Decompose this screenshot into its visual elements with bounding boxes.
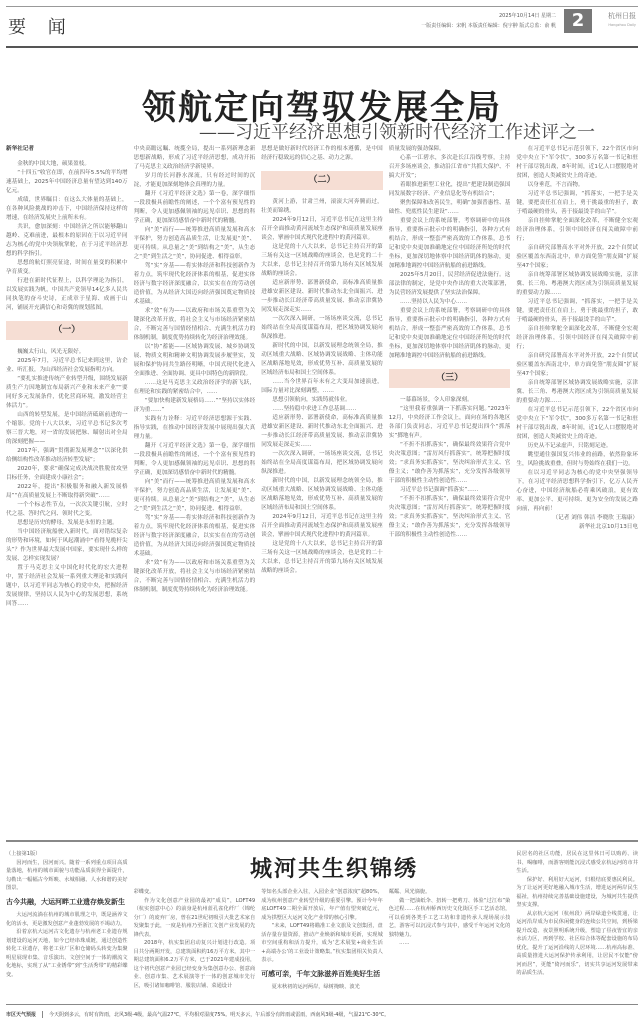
paragraph: “不折不扣抓落实”，确保最终效果符合党中央决策意图；“雷厉风行抓落实”，统筹把握… [389,441,511,486]
second-col-2: 彩蝶变。 作为文化创意产业园的最初“成员”，LOFT49（杭实创意中心）的前身是… [134,850,256,992]
weather-label: 市区天气预报 [6,1011,43,1018]
story-divider [6,840,638,842]
paragraph: 思想的航灯照亮征途，时间在量变的积累中孕育质变。 [6,259,128,277]
paragraph: “未来，LOFT49将瞄准工业文旅及文创集团，盘活存量存量资源，推动产业焕新和城… [261,922,383,965]
paragraph: “要加快构建新发展格局……”“坚持以实体经济为重……” [134,397,256,415]
lead-col-4: 质量发展的强劲保障。 心系一江碧水，多次赴长江沿线考察，主持召开多场座谈会，推动… [389,145,511,745]
reporter-credits: （记者 刘伟 韩洁 李晓欣 王瑞康） [516,514,638,523]
paragraph: ……坚持稳中求进工作总基调…… [261,405,383,414]
lead-col-1: 新华社记者 金秋的中国大地，硕果盈枝。 “十四五”收官在即，在前四年5.5%的平… [6,145,128,745]
paragraph: 习近平总书记强调，“抓落实，一把手是关键，要把责任扛在肩上，勇于挑最重的担子，敢… [516,298,638,325]
paragraph: 向“美”而行——统筹推进高质量发展和高水平保护，努力创造高品质生活，让发展更“美… [134,478,256,514]
paragraph: …… [389,939,511,948]
second-col-5: 民居名的社区功能，居民在这里休日可以购药、读书、喝咖啡，而游客则能沉浸式感受京杭… [516,850,638,992]
paragraph: 共识，愈加深刻：中国经济之所以能够翻山越岭、克难前进，最根本的原因在于以习近平同… [6,223,128,259]
paragraph: 这是党的十八大以来，总书记主持召开的第三场有关这一区域战略的座谈会，也是党的二十… [261,540,383,576]
lead-subheadline: ——习近平经济思想引领新时代经济工作述评之一 [0,118,644,144]
paragraph: 置于马克思主义中国化时代化的宏大进程中，置于经济社会发展一系列重大理论和实践问题… [6,564,128,609]
paragraph: 2017年，强调“贯彻新发展理念”“以深化供给侧结构性改革推动经济转型发展”； [6,447,128,465]
paragraph: 适应新形势、部署新使命，高标准高质量推进雄安新区建设、新时代推动东北全面振兴、进… [261,414,383,450]
paragraph: 思想是做好新时代经济工作的根本遵循，是中国经济行稳致远的信心之基、动力之源。 [261,145,383,163]
paragraph: 在以习近平同志为核心的党中央坚强领导下，在习近平经济思想科学指引下，亿万人民齐心… [516,469,638,514]
paragraph: 一个个标志性节点，一次次关键引航，立时代之基、答时代之问、领时代之变。 [6,501,128,519]
paragraph: 亲自统筹部署区域协调发展战略实施，京津冀、长三角、粤港澳大湾区成为引领高质量发展… [516,379,638,406]
dateline: 新华社北京10月13日电 [516,523,638,532]
section-name: 要 闻 [8,13,74,39]
paragraph: 求“效”有为——以政府和市场关系重塑为关键深化改革开放，将社会主义与市场经济紧密… [134,559,256,595]
section-marker-two: （二） [261,171,383,190]
paragraph: 聚焦保障和改善民生，明确“加强普惠性、基础性、兜底性民生建设”…… [389,199,511,217]
paragraph: 一次次深入调研，一场场座谈交流，总书记始终站在全局高度谋篇布局，把区域协调发展向… [261,450,383,477]
paragraph: 翻开《习近平经济文选》第一卷，深学细悟一段段极具前瞻性的阐述，一个个富有预见性的… [134,190,256,226]
paragraph: 实践有力诠释：习近平经济思想源于实践、指导实践，在推动中国经济发展中展现出强大真… [134,415,256,442]
lead-col-3: 思想是做好新时代经济工作的根本遵循，是中国经济行稳致远的信心之基、动力之源。 （… [261,145,383,745]
issue-date: 2025年10月14日 星期二 [499,12,556,19]
paragraph: 2024年9月12日，习近平总书记在这里主持召开全面推动黄河流域生态保护和高质量… [261,216,383,243]
paragraph: 新时代的中国，以新发展理念统领全局，推动区域重大战略、区域协调发展战略、主体功能… [261,342,383,378]
page-number: 2 [564,9,592,33]
paragraph: 金秋的中国大地，硕果盈枝。 [6,160,128,169]
editors-line: 一版责任编辑：宋帆 本版责任编辑：倪宇翀 版式总监：俞 帆 [421,22,556,29]
byline: 新华社记者 [6,145,128,154]
paragraph: 在习近平总书记示范引领下，22个省区市向党中央立下“军令状”，300多万名第一书… [516,145,638,181]
paragraph: 黄河上游，甘肃兰州，滚滚大河奔腾而过，壮美而锦绣。 [261,198,383,216]
paragraph: 亲自研究部署高水平对外开放，22个自贸试验区覆盖东西南北中，单方面免签“朋友圈”… [516,352,638,379]
paragraph: 2025年7月，习近平总书记来到这里，访企业、听汇报，为山西经济社会发展指明方向… [6,357,128,375]
masthead: 要 闻 2025年10月14日 星期二 一版责任编辑：宋帆 本版责任编辑：倪宇翀… [6,6,638,48]
paragraph: 驾“实”夯基——将实体经济和科技创新作为着力点，筑牢现代化经济体系的根基，促进实… [134,262,256,307]
paragraph: ……坚持以人民为中心…… [389,298,511,307]
lead-col-2: 中央高瞻远瞩、统揽全局，提出一系列新理念新思想新战略，形成了习近平经济思想，成功… [134,145,256,745]
paragraph: 等知名头部企业入驻，入园企业“创意浓度”超80%，成为杭州创意产业转型升级的重要… [261,888,383,922]
paper-logo: 杭州日报 [608,11,636,21]
paragraph: 心系一江碧水，多次赴长江沿线考察，主持召开多场座谈会，推动沿江省市“共抓大保护、… [389,154,511,181]
paragraph: 2018年，杭实集团启动复兴计划进行改造。项目共分两期开发，总建筑面积约16万平… [134,939,256,990]
paragraph: “十四五”收官在即，在前四年5.5%的平均增速基础上，2025年中国经济总量有望… [6,169,128,196]
paragraph: 质量发展的强劲保障。 [389,145,511,154]
paragraph: 做一把油纸伞、扭转一把剪刀、体验“过江布”染色过程……在杭州桥西历史文化街区手工… [389,897,511,940]
paragraph: 重要会议上的系统部署，考察调研中的具体指导，重要指示批示中的明确指引，各种方式有… [389,217,511,271]
paragraph: 民居名的社区功能，居民在这里休日可以购药、读书、喝咖啡，而游客则能沉浸式感受京杭… [516,850,638,876]
paragraph: 向“美”而行——统筹推进高质量发展和高水平保护，努力创造高品质生活，让发展更“美… [134,226,256,262]
paragraph: ……当今世界百年未有之大变局加速演进，国际力量对比深刻调整，…… [261,378,383,396]
paragraph: 沿着京杭大运河古文化遗存与杭州老工业遗存规划建设的运河天地，如今已经串珠成链，通… [6,928,128,979]
lead-story-body: 新华社记者 金秋的中国大地，硕果盈枝。 “十四五”收官在即，在前四年5.5%的平… [6,145,638,745]
paragraph: 翻开《习近平经济文选》第一卷，深学细悟一段段极具前瞻性的阐述，一个个富有预见性的… [134,442,256,478]
paragraph: 以“协”蓄能——区域协调发展、城乡协调发展、物质文明和精神文明协调发展步履坚实，… [134,343,256,379]
paragraph: 夏末秋初的运河两岸，绿树掩映、波光 [261,983,383,992]
paragraph: 着眼推进新型工业化，提出“把建设制造强国同发展数字经济、产业信息化等有机结合”； [389,181,511,199]
paragraph: 岁月的长河静水深流，只有经过时间的沉淀，才能更加深刻地体会真理的力量。 [134,172,256,190]
paragraph: 2022年，提出“积极服务和融入新发展格局”“在高质量发展上不断取得新突破”…… [6,483,128,501]
paragraph: “不折不扣抓落实”，确保最终效果符合党中央决策意图；“雷厉风行抓落实”，统筹把握… [389,495,511,540]
paragraph: 求“效”有为——以政府和市场关系重塑为关键深化改革开放，将社会主义与市场经济紧密… [134,307,256,343]
paragraph: 驾“实”夯基——将实体经济和科技创新作为着力点，筑牢现代化经济体系的根基，促进实… [134,514,256,559]
paragraph: 以身垂范，不言而物。 [516,181,638,190]
paragraph: 当中国经济航船驶入新时代，面对错综复杂的形势和环境，如何于风起潮涌中“看得见桅杆… [6,528,128,564]
paragraph: 山西的转型发展，是中国经济砥砺前进的一个缩影。党的十八大以来，习近平总书记多次考… [6,411,128,447]
paragraph: 思想引领航向，实践铸就伟业。 [261,396,383,405]
paragraph: 2020年，要求“确保完成决战决胜脱贫攻坚目标任务，全面建成小康社会”； [6,465,128,483]
weather-footer: 市区天气预报 今天阴到多云，有时有阵雨，北风3级-4级，最高气温27℃，平均相对… [6,1004,638,1024]
lead-col-5: 在习近平总书记示范引领下，22个省区市向党中央立下“军令状”，300多万名第一书… [516,145,638,745]
paragraph: 彩蝶变。 [134,888,256,897]
paragraph: 适应新形势、部署新使命，高标准高质量推进雄安新区建设、新时代推动东北全面振兴、进… [261,279,383,315]
section-marker-three: （三） [389,369,511,388]
paragraph: 作为文化创意产业园的最初“成员”，LOFT49（杭实创意中心）的前身是杭州蓝孔雀… [134,897,256,940]
paragraph: 因河而生，因河而兴。随着一系列重点项目高质量落地，杭州的城市面貌与功能品质获得全… [6,859,128,893]
paragraph: 亲自统筹部署区域协调发展战略实施，京津冀、长三角、粤港澳大湾区成为引领高质量发展… [516,271,638,298]
paragraph: 重要会议上的系统部署，考察调研中的具体指导，重要指示批示中的明确指引，各种方式有… [389,307,511,361]
paragraph: 保护好、利用好大运河，归根结底要惠民利民。为了让运河更好地融入城市生活，增进运河… [516,876,638,910]
second-col-1: （上接第1版） 因河而生，因河而兴。随着一系列重点项目高质量落地，杭州的城市面貌… [6,850,128,992]
paragraph: 思想是历史的酵母，发展是永恒的主题。 [6,519,128,528]
paragraph: 从京杭大运河（杭州段）两岸绿道全线贯通，让运河沿岸成为市民休闲健身的连续公共空间… [516,910,638,978]
paragraph: 2024年9月12日，习近平总书记在这里主持召开全面推动黄河流域生态保护和高质量… [261,513,383,540]
paragraph: 中央高瞻远瞩、统揽全局，提出一系列新理念新思想新战略，形成了习近平经济思想，成功… [134,145,256,172]
paragraph: 历史从不记录虚声，只铭刻足迹。 [516,442,638,451]
paragraph: 这是党的十八大以来，总书记主持召开的第三场有关这一区域战略的座谈会，也是党的二十… [261,243,383,279]
paragraph: ……这是马克思主义政治经济学的新飞跃，在理论和实践的紧密结合中，…… [134,379,256,397]
paragraph: 在习近平总书记示范引领下，22个省区市向党中央立下“军令状”，300多万名第一书… [516,406,638,442]
paragraph: 习近平总书记强调“抓落实”…… [389,486,511,495]
second-subhead-2: 可感可亲，千年文脉滋养百姓美好生活 [261,970,383,979]
continued-note: （上接第1版） [6,850,128,859]
paragraph: “这里我着重强调一下抓落实问题。”2023年12月，中央经济工作会议上，面向在场… [389,405,511,441]
paragraph: 巍巍太行山，风光无限好。 [6,348,128,357]
paragraph: 一次次深入调研，一场场座谈交流，总书记始终站在全局高度谋篇布局，把区域协调发展向… [261,315,383,342]
paragraph: 行进在新时代征程上，以科学理论为指引，以发展实践为帆，中国共产党领导14亿多人民… [6,277,128,313]
paragraph: 成绩，世界瞩目：在这么大体量的基础上，在各种风险挑战的冲击下，中国经济保持这样的… [6,196,128,223]
paragraph: 亲自挂帅掌舵全面深化改革，不断健全宏观经济治理体系，引领中国经济在闯关破障中前行… [516,217,638,244]
paragraph: 亲自研究部署高水平对外开放，22个自贸试验区覆盖东西南北中，单方面免签“朋友圈”… [516,244,638,271]
paragraph: 习近平总书记强调，“抓落实，一把手是关键，要把责任扛在肩上，勇于挑最重的担子，敢… [516,190,638,217]
paragraph: 一幕幕场景，令人印象深刻。 [389,396,511,405]
second-subhead-1: 古今共融，大运河畔工业遗存焕发新生 [6,898,128,907]
second-headline: 城河共生织锦绣 [250,852,418,883]
paragraph: 新时代的中国，以新发展理念统领全局，推动区域重大战略、区域协调发展战略、主体功能… [261,477,383,513]
paragraph: “要扎实推进传统产业转型升级，围绕发展新质生产力因地制宜布局新兴产业和未来产业”… [6,375,128,411]
weather-forecast: 今天阴到多云，有时有阵雨，北风3级-4级，最高气温27℃，平均相对湿度75%。明… [49,1011,389,1018]
paragraph: 眺望通往强国复兴伟业的前路，依然险象环生，风险挑战重叠，但时与势始终在我们一边。 [516,451,638,469]
paragraph: 大运河流淌在杭州的城市肌理之中，既是涵养文化的活水，更是激发创意产业蓬勃发展的不… [6,911,128,928]
paragraph: 亲自挂帅掌舵全面深化改革，不断健全宏观经济治理体系，引领中国经济在闯关破障中前行… [516,325,638,352]
section-marker-one: （一） [6,321,128,340]
paragraph: 粼粼、风光旖旎。 [389,888,511,897]
paper-logo-en: Hangzhou Daily [608,23,636,27]
paragraph: 2025年5月20日，民营经济促进法施行。这部法律的制定，是党中央作出的重大决策… [389,271,511,298]
